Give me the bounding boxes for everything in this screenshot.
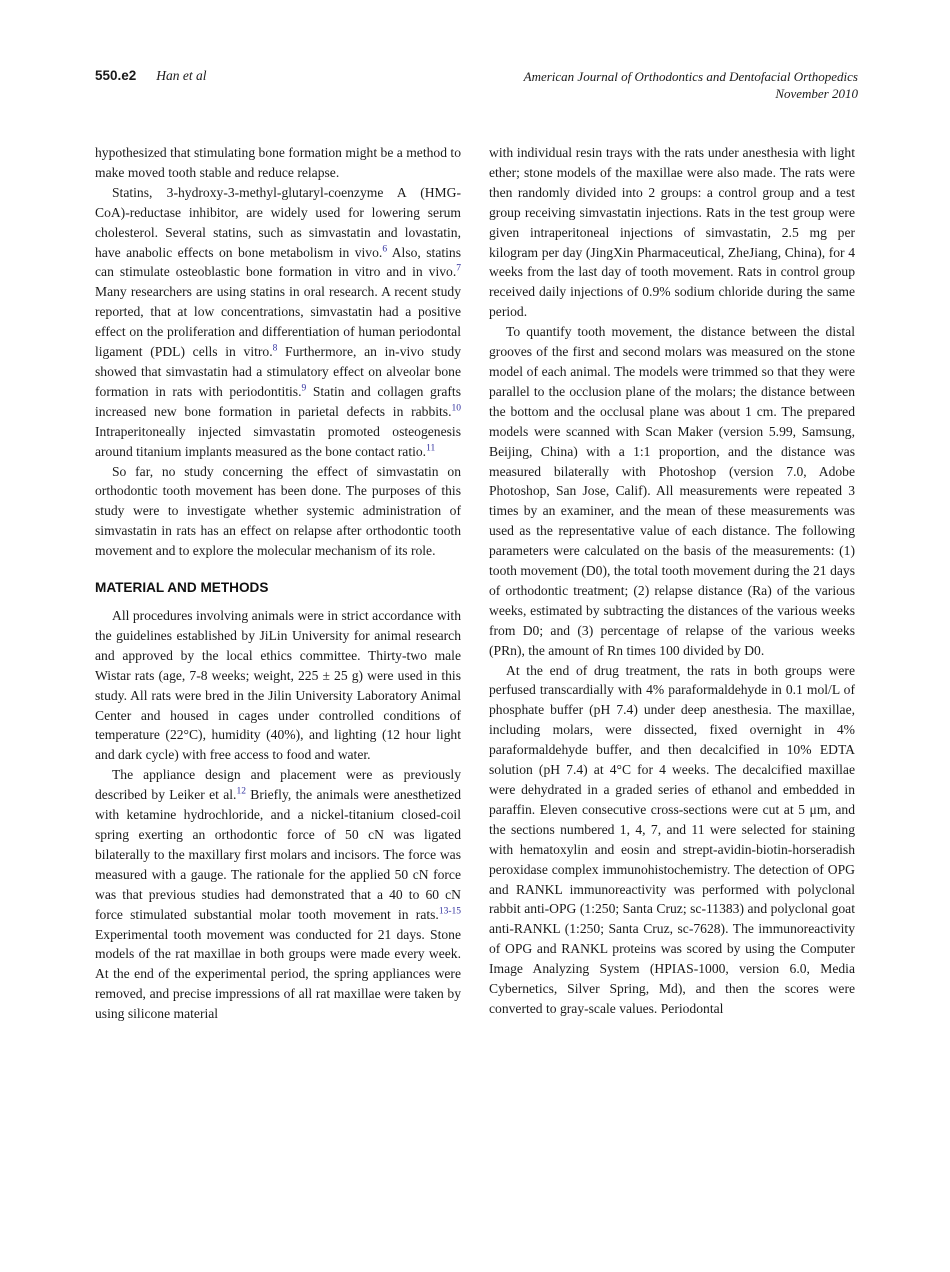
paragraph: All procedures involving animals were in… bbox=[95, 606, 461, 765]
paragraph: hypothesized that stimulating bone forma… bbox=[95, 143, 461, 183]
paragraph: To quantify tooth movement, the distance… bbox=[489, 322, 855, 660]
citation-link[interactable]: 12 bbox=[236, 787, 246, 797]
citation-link[interactable]: 9 bbox=[302, 383, 307, 393]
running-header-right: American Journal of Orthodontics and Den… bbox=[524, 68, 858, 102]
page-folio: 550.e2 bbox=[95, 68, 136, 83]
citation-link[interactable]: 10 bbox=[452, 403, 462, 413]
citation-link[interactable]: 13-15 bbox=[439, 906, 461, 916]
running-header-left: 550.e2 Han et al bbox=[95, 68, 207, 84]
paragraph: with individual resin trays with the rat… bbox=[489, 143, 855, 322]
journal-page: 550.e2 Han et al American Journal of Ort… bbox=[0, 0, 950, 1272]
citation-link[interactable]: 7 bbox=[456, 264, 461, 274]
running-authors: Han et al bbox=[156, 68, 206, 84]
running-header: 550.e2 Han et al American Journal of Ort… bbox=[95, 68, 858, 102]
journal-title: American Journal of Orthodontics and Den… bbox=[524, 68, 858, 85]
journal-issue: November 2010 bbox=[524, 85, 858, 102]
paragraph: So far, no study concerning the effect o… bbox=[95, 462, 461, 562]
citation-link[interactable]: 11 bbox=[426, 443, 435, 453]
paragraph: At the end of drug treatment, the rats i… bbox=[489, 661, 855, 1019]
citation-link[interactable]: 8 bbox=[273, 344, 278, 354]
right-column: with individual resin trays with the rat… bbox=[489, 143, 855, 1024]
article-body: hypothesized that stimulating bone forma… bbox=[95, 143, 855, 1024]
left-column: hypothesized that stimulating bone forma… bbox=[95, 143, 461, 1024]
section-heading: MATERIAL AND METHODS bbox=[95, 580, 461, 596]
paragraph: The appliance design and placement were … bbox=[95, 765, 461, 1024]
citation-link[interactable]: 6 bbox=[382, 244, 387, 254]
paragraph: Statins, 3-hydroxy-3-methyl-glutaryl-coe… bbox=[95, 183, 461, 462]
